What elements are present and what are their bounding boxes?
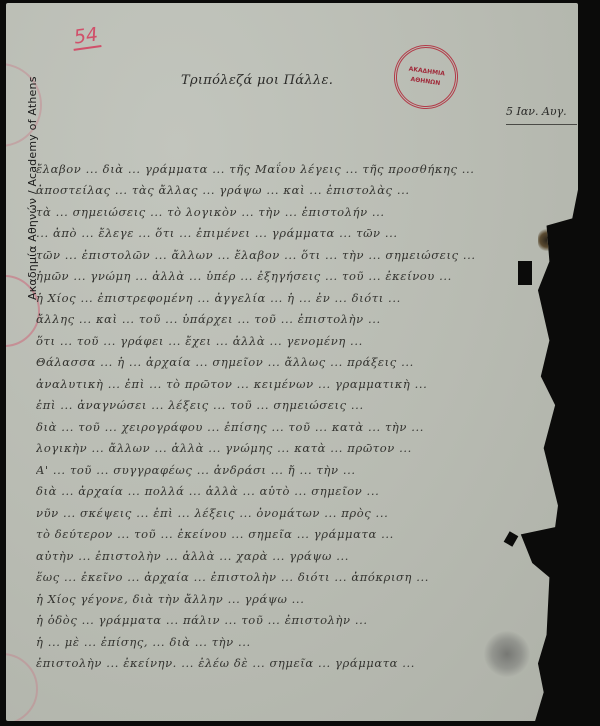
line-text: Α' ... τοῦ ... συγγραφέως ... ἀνδράσι ..… xyxy=(36,463,566,477)
handwritten-line: ἄλλης ... καὶ ... τοῦ ... ὑπάρχει ... το… xyxy=(36,309,566,331)
handwritten-line: Α' ... τοῦ ... συγγραφέως ... ἀνδράσι ..… xyxy=(36,459,566,481)
line-text: ἐπὶ ... ἀναγνώσει ... λέξεις ... τοῦ ...… xyxy=(36,398,566,412)
line-text: λογικὴν ... ἄλλων ... ἀλλὰ ... γνώμης ..… xyxy=(36,441,566,455)
handwritten-line: τῶν ... ἐπιστολῶν ... ἄλλων ... ἔλαβον .… xyxy=(36,244,566,266)
line-text: ἄλλης ... καὶ ... τοῦ ... ὑπάρχει ... το… xyxy=(36,312,566,326)
faded-stamp-mark xyxy=(0,653,38,725)
handwritten-line: ἕως ... ἐκεῖνο ... ἀρχαία ... ἐπιστολὴν … xyxy=(36,567,566,589)
line-text: τὸ δεύτερον ... τοῦ ... ἐκείνου ... σημε… xyxy=(36,527,566,541)
handwritten-line: ἀποστείλας ... τὰς ἄλλας ... γράψω ... κ… xyxy=(36,180,566,202)
line-text: αὐτὴν ... ἐπιστολὴν ... ἀλλὰ ... χαρὰ ..… xyxy=(36,549,566,563)
line-text: ἡ Χίος γέγονε, διὰ τὴν ἄλλην ... γράψω .… xyxy=(36,592,566,606)
line-text: διὰ ... τοῦ ... χειρογράφου ... ἐπίσης .… xyxy=(36,420,566,434)
handwritten-line: ἡ Χίος γέγονε, διὰ τὴν ἄλλην ... γράψω .… xyxy=(36,588,566,610)
letter-body: ἔλαβον ... διὰ ... γράμματα ... τῆς Μαΐο… xyxy=(36,158,566,674)
line-text: ἡ Χίος ... ἐπιστρεφομένη ... ἀγγελία ...… xyxy=(36,291,566,305)
faded-seal-smudge xyxy=(484,631,530,677)
line-text: ... ἀπὸ ... ἔλεγε ... ὅτι ... ἐπιμένει .… xyxy=(36,226,566,240)
handwritten-line: ὅτι ... τοῦ ... γράφει ... ἔχει ... ἀλλὰ… xyxy=(36,330,566,352)
paper-tear-hole xyxy=(518,261,532,285)
line-text: Θάλασσα ... ἡ ... ἀρχαία ... σημεῖον ...… xyxy=(36,355,566,369)
handwritten-line: ἀναλυτικὴ ... ἐπὶ ... τὸ πρῶτον ... κειμ… xyxy=(36,373,566,395)
line-text: ἡμῶν ... γνώμη ... ἀλλὰ ... ὑπέρ ... ἐξη… xyxy=(36,269,566,283)
handwritten-line: ἐπὶ ... ἀναγνώσει ... λέξεις ... τοῦ ...… xyxy=(36,395,566,417)
letter-page: 54 ΑΚΑΔΗΜΙΑ ΑΘΗΝΩΝ Τριπόλεζά μοι Πάλλε. … xyxy=(6,3,578,721)
dateline: 5 Ιαν. Αυγ. xyxy=(506,105,577,125)
handwritten-line: λογικὴν ... ἄλλων ... ἀλλὰ ... γνώμης ..… xyxy=(36,438,566,460)
handwritten-line: ἡ ὁδὸς ... γράμματα ... πάλιν ... τοῦ ..… xyxy=(36,610,566,632)
handwritten-line: Θάλασσα ... ἡ ... ἀρχαία ... σημεῖον ...… xyxy=(36,352,566,374)
handwritten-line: αὐτὴν ... ἐπιστολὴν ... ἀλλὰ ... χαρὰ ..… xyxy=(36,545,566,567)
handwritten-line: ἔλαβον ... διὰ ... γράμματα ... τῆς Μαΐο… xyxy=(36,158,566,180)
line-text: ἔλαβον ... διὰ ... γράμματα ... τῆς Μαΐο… xyxy=(36,162,566,176)
line-text: νῦν ... σκέψεις ... ἐπὶ ... λέξεις ... ὀ… xyxy=(36,506,566,520)
line-text: διὰ ... ἀρχαία ... πολλά ... ἀλλὰ ... αὐ… xyxy=(36,484,566,498)
ink-stain xyxy=(538,229,556,251)
line-text: ὅτι ... τοῦ ... γράφει ... ἔχει ... ἀλλὰ… xyxy=(36,334,566,348)
handwritten-line: διὰ ... ἀρχαία ... πολλά ... ἀλλὰ ... αὐ… xyxy=(36,481,566,503)
handwritten-line: τὰ ... σημειώσεις ... τὸ λογικὸν ... τὴν… xyxy=(36,201,566,223)
line-text: ἀποστείλας ... τὰς ἄλλας ... γράψω ... κ… xyxy=(36,183,566,197)
line-text: ἡ ὁδὸς ... γράμματα ... πάλιν ... τοῦ ..… xyxy=(36,613,566,627)
archive-number: 54 xyxy=(70,23,101,51)
line-text: τῶν ... ἐπιστολῶν ... ἄλλων ... ἔλαβον .… xyxy=(36,248,566,262)
handwritten-line: ... ἀπὸ ... ἔλεγε ... ὅτι ... ἐπιμένει .… xyxy=(36,223,566,245)
salutation: Τριπόλεζά μοι Πάλλε. xyxy=(181,73,333,88)
archive-stamp: ΑΚΑΔΗΜΙΑ ΑΘΗΝΩΝ xyxy=(390,41,462,113)
handwritten-line: διὰ ... τοῦ ... χειρογράφου ... ἐπίσης .… xyxy=(36,416,566,438)
handwritten-line: τὸ δεύτερον ... τοῦ ... ἐκείνου ... σημε… xyxy=(36,524,566,546)
line-text: τὰ ... σημειώσεις ... τὸ λογικὸν ... τὴν… xyxy=(36,205,566,219)
handwritten-line: νῦν ... σκέψεις ... ἐπὶ ... λέξεις ... ὀ… xyxy=(36,502,566,524)
line-text: ἕως ... ἐκεῖνο ... ἀρχαία ... ἐπιστολὴν … xyxy=(36,570,566,584)
handwritten-line: ἡ Χίος ... ἐπιστρεφομένη ... ἀγγελία ...… xyxy=(36,287,566,309)
handwritten-line: ἡμῶν ... γνώμη ... ἀλλὰ ... ὑπέρ ... ἐξη… xyxy=(36,266,566,288)
line-text: ἀναλυτικὴ ... ἐπὶ ... τὸ πρῶτον ... κειμ… xyxy=(36,377,566,391)
watermark: Ακαδημία Αθηνών / Academy of Athens xyxy=(26,76,39,300)
